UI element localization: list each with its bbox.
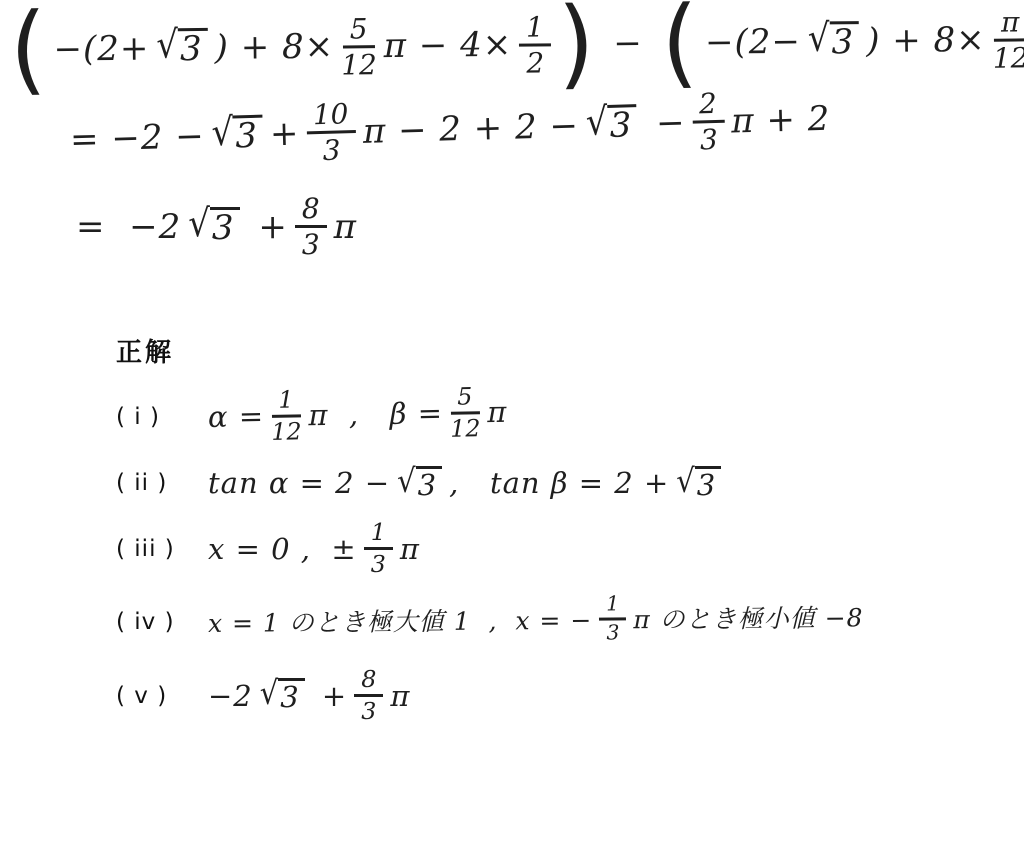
big-left-paren: ( — [10, 10, 47, 90]
math-text: π — [400, 532, 420, 566]
fraction-denominator: 3 — [371, 550, 386, 577]
answer-row-iv: ( iv ) x = 1 のとき極大値 1 , x = −13π のとき極小値 … — [116, 597, 1024, 647]
fraction-denominator: 2 — [526, 46, 544, 77]
math-text: + — [269, 113, 300, 154]
answer-math-i: α =112π , β =512π — [208, 383, 508, 445]
fraction-denominator: 12 — [993, 41, 1024, 73]
answer-key-section: 正解 ( i ) α =112π , β =512π ( ii ) tan α … — [116, 332, 1024, 724]
calculation-work: (−(2+√3) + 8×512π − 4×12) − (−(2−√3) + 8… — [0, 0, 1024, 260]
fraction: 103 — [306, 99, 357, 166]
math-text: ) + 8× — [214, 27, 334, 68]
math-text: π — [334, 207, 357, 247]
fraction-denominator: 3 — [700, 123, 719, 155]
math-text: ) + 8× — [866, 20, 986, 61]
radical-sign-icon: √ — [676, 464, 694, 498]
answers-heading: 正解 — [116, 332, 1024, 369]
answer-row-i: ( i ) α =112π , β =512π — [116, 389, 1024, 446]
fraction-numerator: 5 — [450, 384, 480, 414]
answer-label-v: ( v ) — [116, 683, 208, 709]
radical-sign-icon: √ — [260, 676, 278, 710]
math-text: −(2− — [705, 22, 801, 63]
fraction-numerator: 1 — [271, 387, 301, 417]
math-text: + — [247, 207, 288, 247]
math-text: π , β = — [308, 396, 443, 432]
result-line: = −2√3 +83π — [76, 194, 1024, 260]
math-text: − — [644, 102, 686, 143]
math-text: −2 — [208, 679, 253, 713]
fraction: π12 — [992, 7, 1024, 73]
math-text: π — [390, 679, 410, 713]
math-text: π — [487, 395, 508, 429]
math-text: π のとき極小値 −8 — [633, 598, 863, 636]
square-root: √3 — [397, 466, 442, 500]
square-root: √3 — [211, 114, 263, 155]
fraction-denominator: 3 — [302, 228, 320, 259]
radicand: 3 — [233, 114, 264, 154]
answer-math-ii: tan α = 2 −√3, tan β = 2 +√3 — [208, 466, 721, 500]
radicand: 3 — [178, 28, 208, 68]
math-text: = −2 − — [69, 116, 205, 160]
fraction-denominator: 12 — [450, 414, 481, 441]
answer-row-iii: ( iii ) x = 0 , ±13π — [116, 520, 1024, 577]
square-root: √3 — [585, 104, 637, 145]
fraction-numerator: 1 — [364, 520, 393, 550]
fraction-numerator: 1 — [519, 12, 551, 47]
answer-label-ii: ( ii ) — [116, 470, 208, 496]
answer-label-iii: ( iii ) — [116, 536, 208, 562]
answer-label-iv: ( iv ) — [116, 609, 208, 635]
radical-sign-icon: √ — [808, 20, 830, 60]
expansion-line: = −2 −√3+103π − 2 + 2 −√3 −23π + 2 — [69, 80, 1024, 172]
big-right-paren: ) — [558, 4, 595, 84]
answer-math-v: −2√3 +83π — [208, 667, 410, 724]
fraction-denominator: 3 — [322, 133, 341, 165]
math-text: π − 2 + 2 − — [362, 105, 579, 151]
fraction-numerator: 5 — [343, 14, 375, 49]
expression-line: (−(2+√3) + 8×512π − 4×12) − (−(2−√3) + 8… — [10, 1, 1024, 88]
fraction-denominator: 3 — [361, 697, 376, 724]
fraction: 512 — [341, 14, 377, 80]
math-text: + — [312, 679, 348, 713]
fraction: 13 — [599, 593, 626, 643]
math-text: π + 2 — [731, 98, 831, 141]
fraction: 12 — [519, 12, 551, 78]
radicand: 3 — [607, 104, 638, 144]
radicand: 3 — [278, 678, 304, 712]
fraction-denominator: 12 — [271, 417, 302, 444]
fraction-numerator: 8 — [295, 194, 327, 228]
fraction-denominator: 12 — [341, 48, 377, 80]
math-text: = −2 — [76, 207, 181, 247]
math-text: tan α = 2 − — [208, 466, 390, 500]
radicand: 3 — [829, 22, 859, 62]
fraction: 512 — [449, 384, 480, 441]
radical-sign-icon: √ — [156, 27, 178, 67]
fraction: 13 — [364, 520, 393, 577]
answer-label-i: ( i ) — [116, 404, 208, 430]
math-text: , tan β = 2 + — [449, 466, 669, 500]
answer-row-ii: ( ii ) tan α = 2 −√3, tan β = 2 +√3 — [116, 466, 1024, 500]
square-root: √3 — [156, 28, 208, 68]
square-root: √3 — [676, 466, 721, 500]
fraction: 83 — [354, 667, 383, 724]
answer-math-iii: x = 0 , ±13π — [208, 520, 420, 577]
radical-sign-icon: √ — [211, 113, 234, 154]
radicand: 3 — [695, 466, 721, 500]
math-text: α = — [208, 399, 265, 434]
handwritten-worksheet: (−(2+√3) + 8×512π − 4×12) − (−(2−√3) + 8… — [0, 0, 1024, 851]
radicand: 3 — [210, 207, 240, 247]
fraction-denominator: 3 — [606, 620, 619, 644]
radical-sign-icon: √ — [188, 205, 210, 245]
answer-math-iv: x = 1 のとき極大値 1 , x = −13π のとき極小値 −8 — [208, 591, 864, 647]
math-text: π − 4× — [383, 25, 512, 66]
fraction-numerator: π — [994, 7, 1024, 42]
fraction: 112 — [271, 387, 302, 444]
big-left-paren: ( — [661, 3, 698, 83]
fraction-numerator: 10 — [306, 99, 356, 135]
math-text: x = 1 のとき極大値 1 , x = − — [208, 601, 593, 640]
fraction-numerator: 1 — [599, 593, 626, 620]
math-text: x = 0 , ± — [208, 532, 357, 566]
fraction: 83 — [295, 194, 327, 260]
fraction: 23 — [692, 88, 726, 154]
square-root: √3 — [260, 678, 305, 712]
square-root: √3 — [808, 22, 860, 62]
fraction-numerator: 8 — [354, 667, 383, 697]
radical-sign-icon: √ — [397, 464, 415, 498]
math-text: − — [601, 24, 655, 65]
answer-row-v: ( v ) −2√3 +83π — [116, 667, 1024, 724]
fraction-numerator: 2 — [692, 88, 725, 123]
radical-sign-icon: √ — [585, 102, 608, 143]
square-root: √3 — [188, 207, 239, 247]
radicand: 3 — [416, 466, 442, 500]
math-text: −(2+ — [53, 29, 149, 70]
